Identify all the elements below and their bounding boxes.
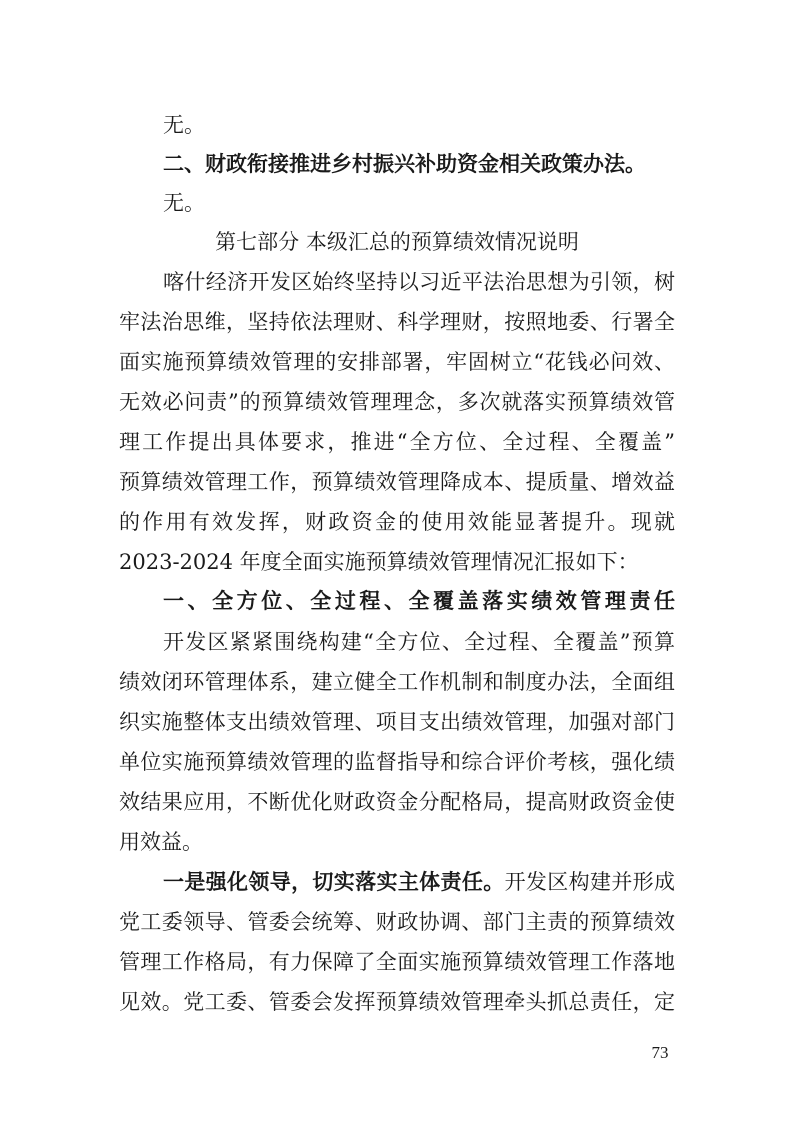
paragraph-line: 党工委领导、管委会统筹、财政协调、部门主责的预算绩效 xyxy=(119,902,675,942)
paragraph-line: 牢法治思维，坚持依法理财、科学理财，按照地委、行署全 xyxy=(119,302,675,342)
paragraph-line: 理工作提出具体要求，推进“全方位、全过程、全覆盖” xyxy=(119,422,675,462)
paragraph-line: 喀什经济开发区始终坚持以习近平法治思想为引领，树 xyxy=(163,262,675,302)
paragraph-line: 管理工作格局，有力保障了全面实施预算绩效管理工作落地 xyxy=(119,942,675,982)
paragraph-line: 开发区紧紧围绕构建“全方位、全过程、全覆盖”预算 xyxy=(163,622,675,662)
document-page: 无。 二、财政衔接推进乡村振兴补助资金相关政策办法。 无。 第七部分 本级汇总的… xyxy=(0,0,793,1122)
paragraph-line: 预算绩效管理工作，预算绩效管理降成本、提质量、增效益 xyxy=(119,462,675,502)
paragraph-line: 无效必问责”的预算绩效管理理念，多次就落实预算绩效管 xyxy=(119,382,675,422)
part-title: 第七部分 本级汇总的预算绩效情况说明 xyxy=(119,222,675,262)
paragraph-line: 效结果应用，不断优化财政资金分配格局，提高财政资金使 xyxy=(119,782,675,822)
page-number: 73 xyxy=(640,1038,680,1068)
paragraph-line: 2023-2024 年度全面实施预算绩效管理情况汇报如下： xyxy=(119,542,675,582)
paragraph-none-1: 无。 xyxy=(163,105,675,145)
paragraph-line: 用效益。 xyxy=(119,822,675,862)
paragraph-line: 的作用有效发挥，财政资金的使用效能显著提升。现就 xyxy=(119,502,675,542)
paragraph-lead-line: 一是强化领导，切实落实主体责任。开发区构建并形成 xyxy=(163,862,675,902)
paragraph-line: 织实施整体支出绩效管理、项目支出绩效管理，加强对部门 xyxy=(119,702,675,742)
paragraph-line: 见效。党工委、管委会发挥预算绩效管理牵头抓总责任，定 xyxy=(119,982,675,1022)
section-heading-policy: 二、财政衔接推进乡村振兴补助资金相关政策办法。 xyxy=(163,144,675,184)
lead-continuation: 开发区构建并形成 xyxy=(505,870,675,894)
paragraph-line: 面实施预算绩效管理的安排部署，牢固树立“花钱必问效、 xyxy=(119,342,675,382)
paragraph-none-2: 无。 xyxy=(163,183,675,223)
lead-phrase: 一是强化领导，切实落实主体责任。 xyxy=(163,870,505,894)
paragraph-line: 绩效闭环管理体系，建立健全工作机制和制度办法，全面组 xyxy=(119,662,675,702)
paragraph-line: 单位实施预算绩效管理的监督指导和综合评价考核，强化绩 xyxy=(119,742,675,782)
section-heading-one: 一、全方位、全过程、全覆盖落实绩效管理责任 xyxy=(163,581,675,621)
